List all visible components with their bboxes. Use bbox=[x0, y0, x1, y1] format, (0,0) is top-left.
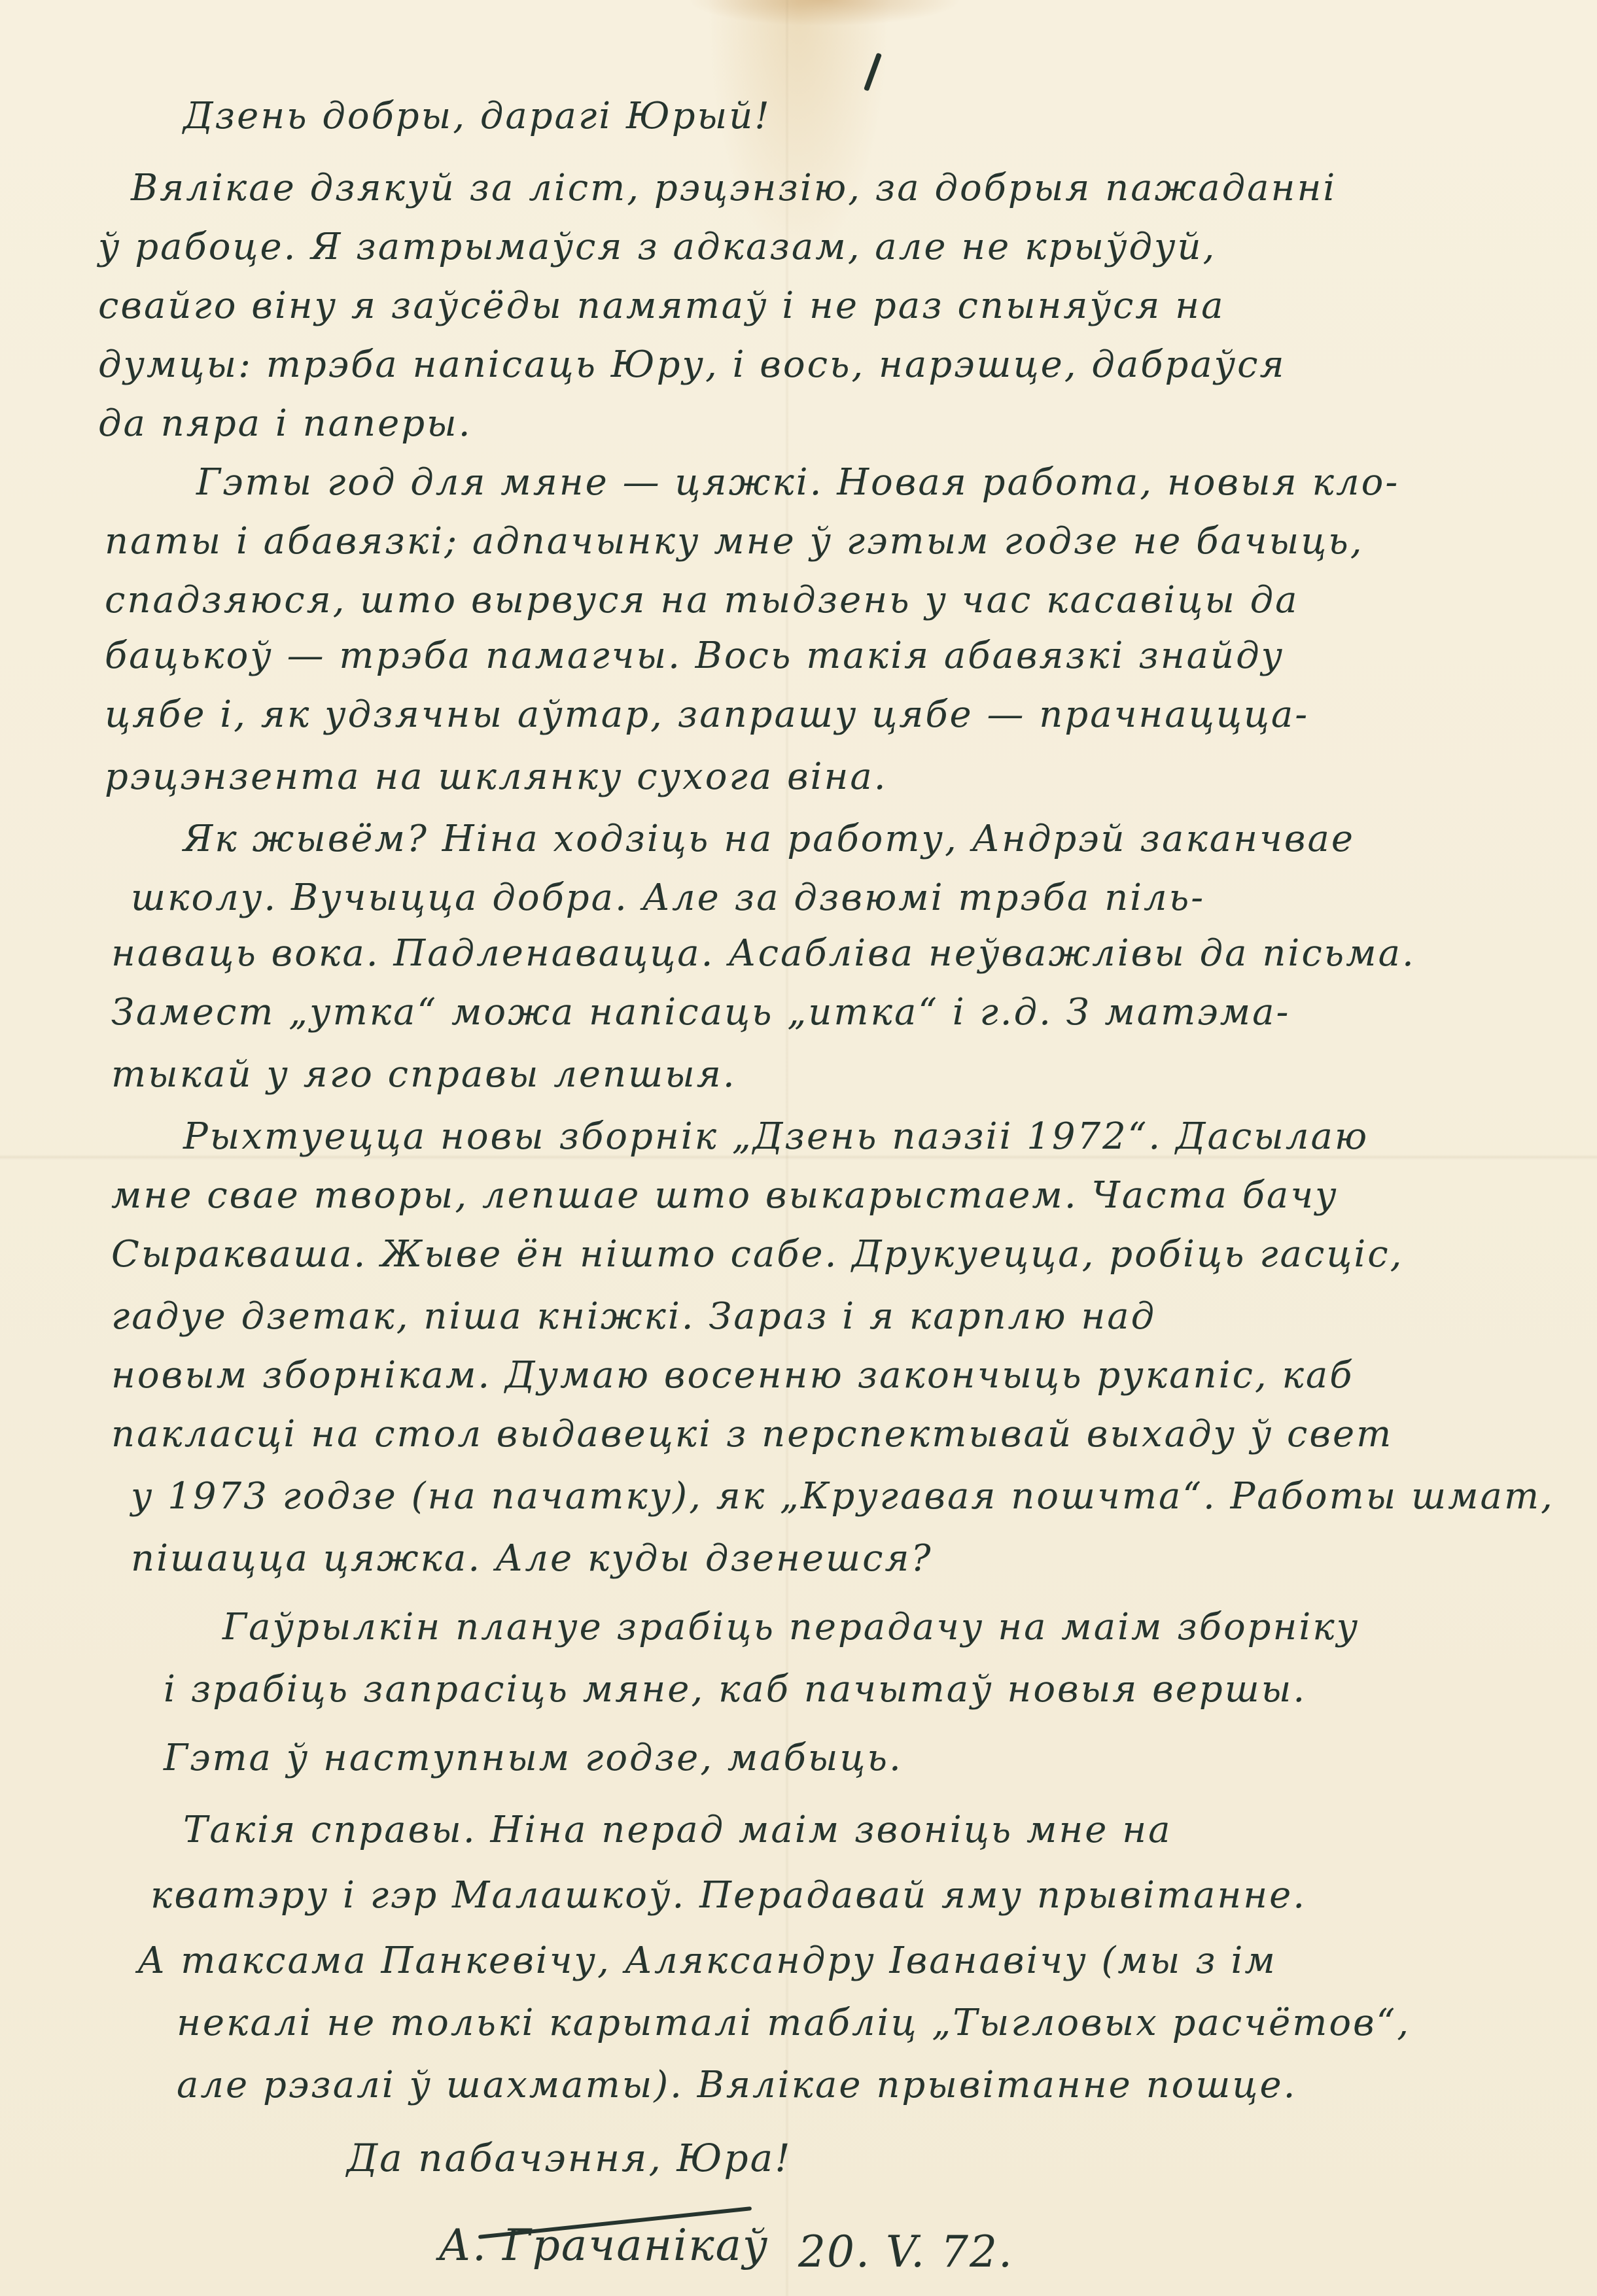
letter-line: і зрабіць запрасіць мяне, каб пачытаў но… bbox=[164, 1671, 1307, 1708]
letter-line: паты і абавязкі; адпачынку мне ў гэтым г… bbox=[105, 523, 1364, 560]
letter-line: Замест „утка“ можа напісаць „итка“ і г.д… bbox=[111, 994, 1290, 1031]
letter-line: Як жывём? Ніна ходзіць на работу, Андрэй… bbox=[183, 821, 1355, 858]
letter-line: рэцэнзента на шклянку сухога віна. bbox=[105, 759, 888, 795]
letter-line: пакласці на стол выдавецкі з перспектыва… bbox=[111, 1416, 1393, 1453]
letter-line: спадзяюся, што вырвуся на тыдзень у час … bbox=[105, 582, 1299, 619]
letter-line: Вялікае дзякуй за ліст, рэцэнзію, за доб… bbox=[131, 170, 1337, 207]
letter-greeting: Дзень добры, дарагі Юрый! bbox=[183, 98, 771, 135]
letter-date: 20. V. 72. bbox=[798, 2231, 1013, 2274]
letter-line: тыкай у яго справы лепшыя. bbox=[111, 1056, 737, 1093]
letter-line: кватэру і гэр Малашкоў. Перадавай яму пр… bbox=[150, 1877, 1307, 1914]
letter-line: наваць вока. Падленавацца. Асабліва неўв… bbox=[111, 935, 1416, 972]
letter-line: Такія справы. Ніна перад маім звоніць мн… bbox=[183, 1812, 1172, 1849]
letter-line: А таксама Панкевічу, Аляксандру Іванавіч… bbox=[137, 1943, 1277, 1979]
letter-line: школу. Вучыцца добра. Але за дзвюмі трэб… bbox=[131, 880, 1205, 916]
letter-line: Сыракваша. Жыве ён нішто сабе. Друкуецца… bbox=[111, 1236, 1403, 1273]
letter-line: Рыхтуецца новы зборнік „Дзень паэзіі 197… bbox=[183, 1119, 1369, 1155]
letter-line: новым зборнікам. Думаю восенню закончыць… bbox=[111, 1357, 1354, 1394]
letter-line: мне свае творы, лепшае што выкарыстаем. … bbox=[111, 1177, 1339, 1214]
letter-closing: Да пабачэння, Юра! bbox=[347, 2139, 792, 2177]
letter-line: але рэзалі ў шахматы). Вялікае прывітанн… bbox=[177, 2067, 1297, 2104]
letter-line: ў рабоце. Я затрымаўся з адказам, але не… bbox=[98, 229, 1216, 266]
letter-line: пішацца цяжка. Але куды дзенешся? bbox=[131, 1540, 933, 1577]
letter-line: гадуе дзетак, піша кніжкі. Зараз і я кар… bbox=[111, 1298, 1156, 1335]
letter-line: у 1973 годзе (на пачатку), як „Кругавая … bbox=[131, 1478, 1554, 1515]
letter-line: Гэты год для мяне — цяжкі. Новая работа,… bbox=[196, 464, 1399, 501]
letter-line: думцы: трэба напісаць Юру, і вось, нарэш… bbox=[98, 347, 1286, 383]
handwritten-letter: Дзень добры, дарагі Юрый! Вялікае дзякуй… bbox=[0, 0, 1597, 2296]
letter-line: да пяра і паперы. bbox=[98, 406, 472, 442]
letter-line: свайго віну я заўсёды памятаў і не раз с… bbox=[98, 288, 1225, 324]
letter-line: цябе і, як удзячны аўтар, запрашу цябе —… bbox=[105, 697, 1309, 733]
signature: А. Грачанікаў bbox=[438, 2224, 769, 2267]
letter-line: бацькоў — трэба памагчы. Вось такія абав… bbox=[105, 638, 1284, 674]
letter-line: Гэта ў наступным годзе, мабыць. bbox=[164, 1740, 903, 1777]
accent-mark bbox=[864, 52, 882, 91]
letter-line: Гаўрылкін плануе зрабіць перадачу на маі… bbox=[222, 1609, 1360, 1646]
letter-line: некалі не толькі карыталі табліц „Тыглов… bbox=[177, 2005, 1411, 2042]
